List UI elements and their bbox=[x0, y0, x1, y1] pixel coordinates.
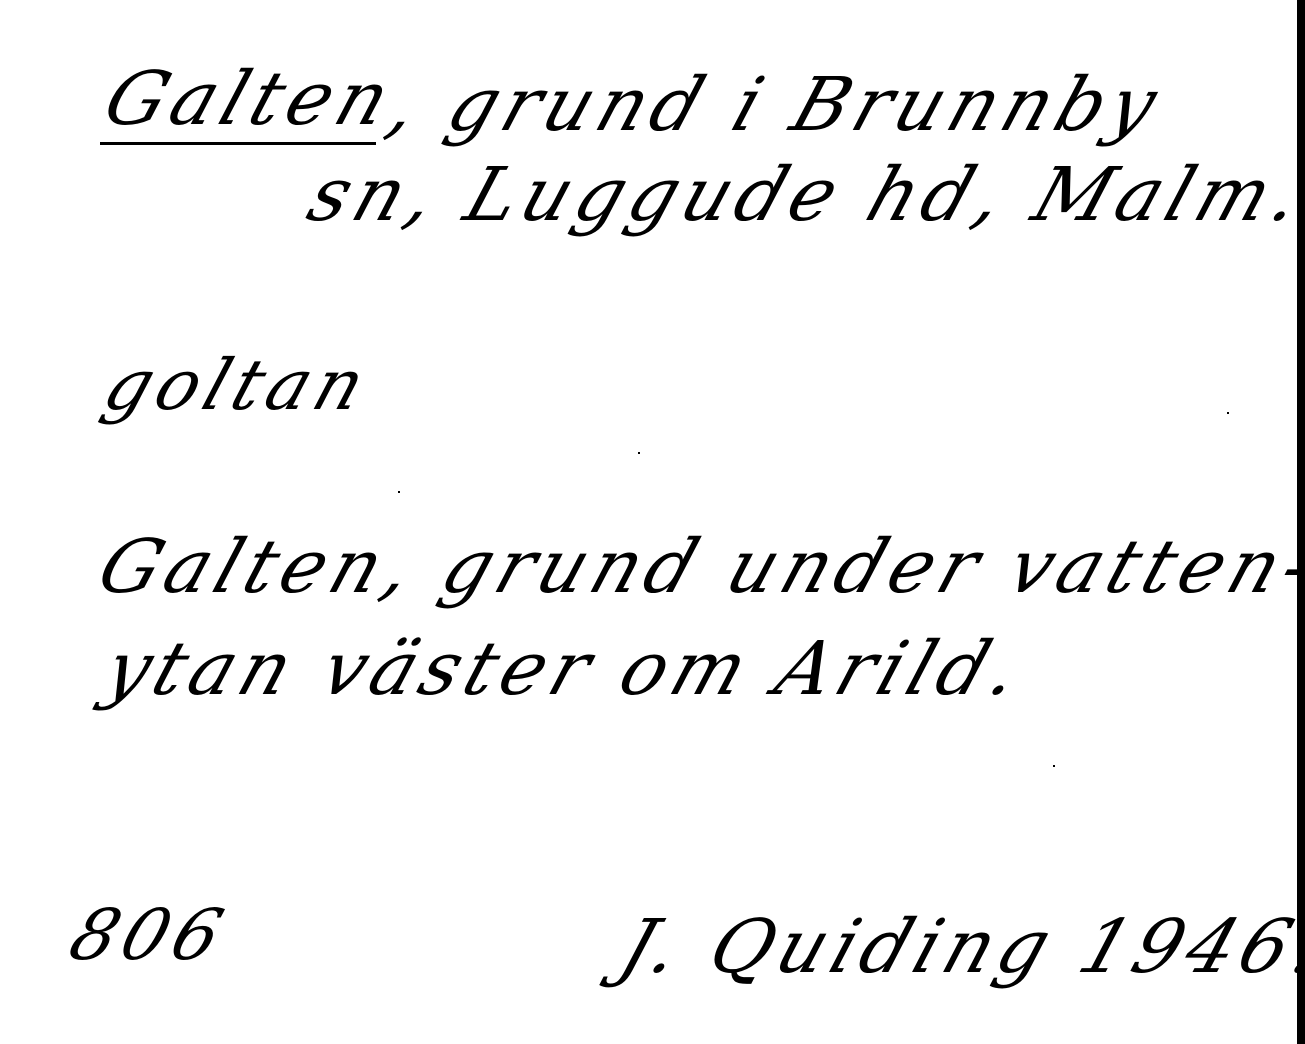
entry-2-line-2: ytan väster om Arild. bbox=[96, 632, 1035, 706]
entry-1-line-2: sn, Luggude hd, Malm. l. bbox=[300, 158, 1305, 232]
scan-speck bbox=[638, 452, 640, 454]
card-number: 806 bbox=[62, 900, 236, 970]
entry-1-line-1: , grund i Brunnby bbox=[380, 68, 1171, 142]
pronunciation: goltan bbox=[96, 350, 379, 420]
entry-2-line-1: Galten, grund under vatten- bbox=[90, 530, 1305, 604]
signature: J. Quiding 1946. bbox=[612, 910, 1305, 984]
scan-speck bbox=[1053, 765, 1055, 767]
headword: Galten bbox=[96, 62, 404, 136]
scan-speck bbox=[398, 491, 400, 493]
archive-card: Galten , grund i Brunnby sn, Luggude hd,… bbox=[0, 0, 1305, 1044]
scan-speck bbox=[1227, 412, 1229, 414]
card-scan-edge bbox=[1297, 0, 1305, 1044]
headword-underline bbox=[100, 142, 376, 145]
